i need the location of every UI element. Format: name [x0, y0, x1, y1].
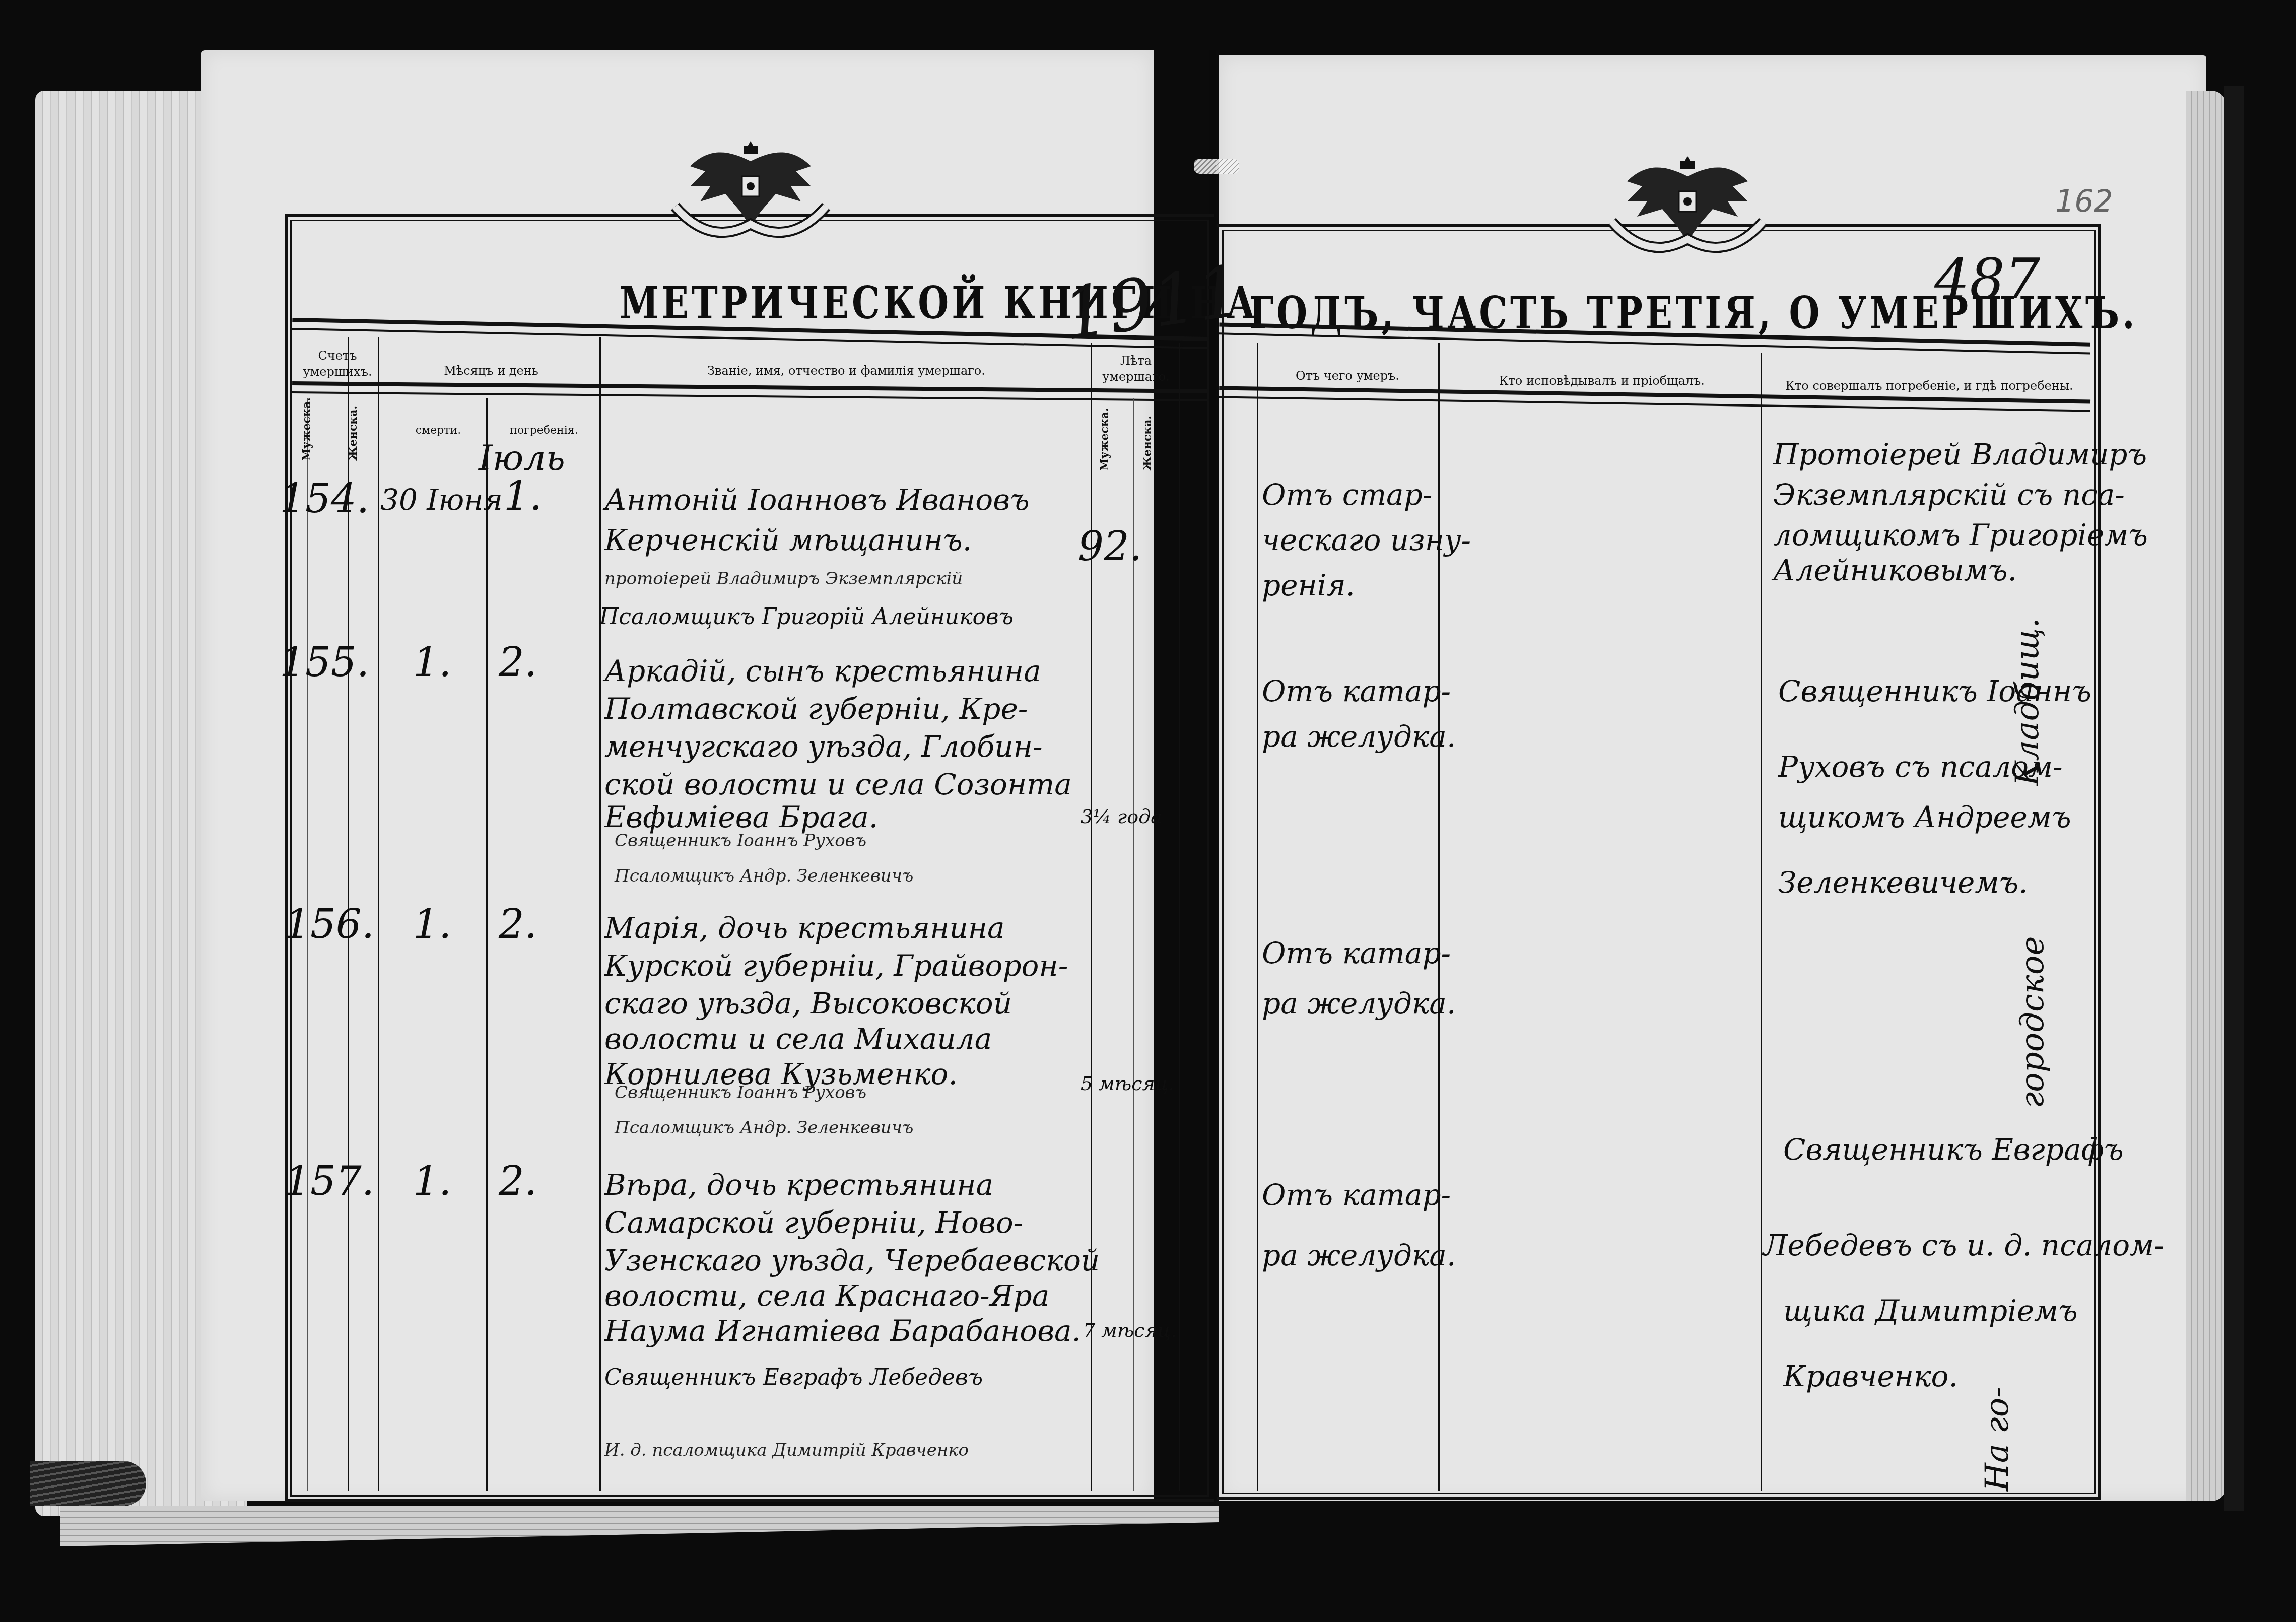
note-line: Псаломщикъ Андр. Зеленкевичъ [615, 1118, 913, 1137]
col-header-age-male: Мужеска. [1098, 408, 1111, 471]
burial-date: 2. [499, 640, 537, 685]
cause-line: ра желудка. [1262, 1239, 1456, 1272]
burial-by-line: Священникъ Евграфъ [1783, 1133, 2124, 1166]
col-header-female: Женска. [347, 405, 360, 461]
cause-line: ра желудка. [1262, 720, 1456, 753]
burial-by-line: ломщикомъ Григоріемъ [1773, 519, 2148, 552]
age: 7 мѣсяц. [1083, 1320, 1177, 1341]
col-header-burial: Кто совершалъ погребеніе, и гдѣ погребен… [1763, 378, 2096, 394]
burial-by-line: Кравченко. [1783, 1360, 1958, 1393]
name-line: волости и села Михаила [604, 1023, 992, 1055]
cause-line: ренія. [1262, 569, 1355, 602]
imperial-eagle-emblem-icon [1607, 146, 1768, 257]
name-line: Евфиміева Брага. [604, 801, 878, 834]
name-line: Самарской губерніи, Ново- [604, 1206, 1023, 1239]
name-line: ской волости и села Созонта [604, 768, 1072, 801]
cause-line: Отъ стар- [1262, 479, 1432, 511]
cause-line: Отъ катар- [1262, 675, 1451, 708]
name-line: волости, села Краснаго-Яра [604, 1279, 1049, 1312]
name-line: Курской губерніи, Грайворон- [604, 950, 1068, 982]
name-line: Узенскаго уѣзда, Черебаевской [604, 1244, 1100, 1277]
burial-date: 2. [499, 902, 537, 947]
record-number: 154. [280, 476, 369, 521]
col-header-month-day: Мѣсяцъ и день [388, 363, 594, 379]
burial-date: 2. [499, 1159, 537, 1204]
age: 5 мѣсяц. [1081, 1073, 1174, 1095]
name-line: Аркадій, сынъ крестьянина [604, 655, 1041, 688]
margin-note-vertical: На го- [1980, 1387, 2016, 1491]
burial-date: 1. [504, 474, 542, 519]
binding-thread [1194, 159, 1239, 174]
death-date: 30 Іюня [380, 484, 503, 516]
note-line: Псаломщикъ Андр. Зеленкевичъ [615, 866, 913, 886]
name-line: Вѣра, дочь крестьянина [604, 1169, 993, 1201]
month-label: Іюль [479, 438, 565, 478]
name-line: Полтавской губерніи, Кре- [604, 693, 1028, 725]
col-header-age-female: Женска. [1141, 416, 1154, 471]
col-header-confessor: Кто исповѣдывалъ и пріобщалъ. [1446, 373, 1758, 389]
margin-note-vertical: Кладбищ. [2010, 618, 2046, 786]
age: 3¼ года [1081, 806, 1162, 828]
burial-by-line: Зеленкевичемъ. [1778, 866, 2028, 899]
note-line: Священникъ Іоаннъ Руховъ [615, 831, 866, 850]
name-line: Керченскій мѣщанинъ. [604, 524, 972, 557]
col-header-count: Счетъ умершихъ. [295, 348, 380, 380]
burial-by-line: Протоіерей Владимиръ [1773, 438, 2147, 471]
name-line: Антоній Іоанновъ Ивановъ [604, 484, 1030, 516]
cause-line: Отъ катар- [1262, 1179, 1451, 1211]
record-number: 156. [285, 902, 374, 947]
pencil-page-number: 162 [2055, 184, 2113, 219]
death-date: 1. [413, 902, 451, 947]
margin-note-vertical: городское [2015, 936, 2051, 1108]
col-header-death: смерти. [393, 423, 484, 438]
burial-by-line: Лебедевъ съ и. д. псалом- [1763, 1229, 2164, 1262]
folio-number: 487 [1934, 247, 2040, 311]
name-line: менчугскаго уѣзда, Глобин- [604, 730, 1043, 763]
note-line: Священникъ Іоаннъ Руховъ [615, 1083, 866, 1102]
cause-line: Отъ катар- [1262, 937, 1451, 970]
bookmark-ribbon [30, 1461, 146, 1506]
name-line: Марія, дочь крестьянина [604, 912, 1005, 944]
col-header-age: Лѣта умершаго. [1093, 353, 1179, 385]
imperial-eagle-emblem-icon [670, 131, 831, 242]
age: 92. [1078, 524, 1142, 569]
cause-line: ческаго изну- [1262, 524, 1471, 557]
book-cover-edge [2224, 86, 2244, 1511]
record-number: 155. [280, 640, 369, 685]
name-line: Наума Игнатіева Барабанова. [604, 1315, 1081, 1347]
burial-by-line: щикомъ Андреемъ [1778, 801, 2071, 834]
death-date: 1. [413, 1159, 451, 1204]
record-number: 157. [285, 1159, 374, 1204]
note-line: протоіерей Владимиръ Экземплярскій [604, 569, 963, 588]
cause-line: ра желудка. [1262, 987, 1456, 1020]
burial-by-line: Экземплярскій съ пса- [1773, 479, 2125, 511]
name-line: скаго уѣзда, Высоковской [604, 987, 1012, 1020]
death-date: 1. [413, 640, 451, 685]
right-page-stack [2186, 91, 2226, 1501]
col-header-male: Мужеска. [300, 397, 313, 461]
col-header-burial-date: погребенія. [494, 423, 594, 438]
burial-by-line: щика Димитріемъ [1783, 1295, 2078, 1327]
note-line: Священникъ Евграфъ Лебедевъ [604, 1365, 983, 1390]
note-line: Псаломщикъ Григорій Алейниковъ [599, 604, 1014, 629]
col-header-cause: Отъ чего умеръ. [1259, 368, 1436, 384]
bottom-page-stack [60, 1506, 1219, 1546]
col-header-name: Званіе, имя, отчество и фамилія умершаго… [604, 363, 1088, 379]
burial-by-line: Алейниковымъ. [1773, 554, 2017, 587]
note-line: И. д. псаломщика Димитрій Кравченко [604, 1441, 969, 1460]
